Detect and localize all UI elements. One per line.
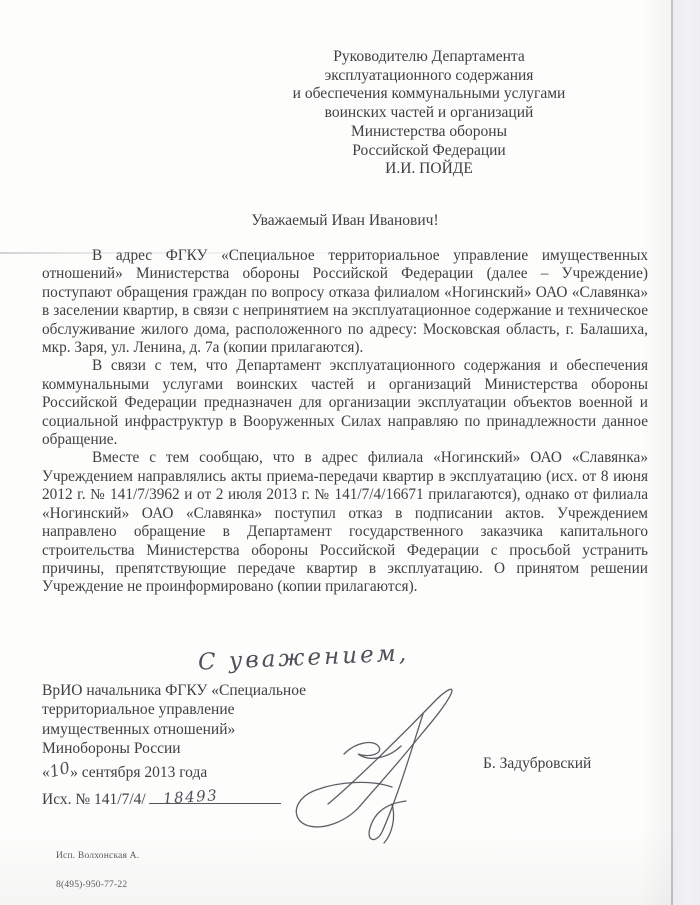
letter-body: В адрес ФГКУ «Специальное территориально…	[42, 247, 648, 597]
executor-line: Исп. Волхонская А.	[56, 851, 139, 861]
recipient-line: эксплуатационного содержания	[243, 67, 615, 86]
recipient-name: И.И. ПОЙДЕ	[243, 160, 615, 179]
body-paragraph: Вместе с тем сообщаю, что в адрес филиал…	[42, 449, 648, 596]
recipient-line: Российской Федерации	[243, 142, 615, 161]
recipient-line: и обеспечения коммунальными услугами	[243, 85, 615, 104]
body-paragraph: В связи с тем, что Департамент эксплуата…	[42, 357, 648, 449]
recipient-line: Руководителю Департамента	[243, 48, 615, 67]
recipient-block: Руководителю Департамента эксплуатационн…	[243, 48, 615, 179]
outgoing-label: Исх. № 141/7/4/	[42, 791, 146, 808]
signer-title-line: имущественных отношений»	[42, 720, 362, 739]
signer-title-line: ВрИО начальника ФГКУ «Специальное	[42, 681, 362, 700]
handwritten-day: 10	[47, 758, 71, 781]
scanner-background-strip	[673, 0, 700, 905]
scanned-letter-page: Руководителю Департамента эксплуатационн…	[0, 0, 700, 905]
date-line: «10» сентября 2013 года	[42, 762, 207, 782]
signer-title-line: территориальное управление	[42, 700, 362, 719]
recipient-line: воинских частей и организаций	[243, 104, 615, 123]
outgoing-blank-line: 18493	[149, 786, 281, 804]
date-text: сентября 2013 года	[78, 764, 207, 781]
signer-title-line: Минобороны России	[42, 739, 362, 758]
body-paragraph: В адрес ФГКУ «Специальное территориально…	[42, 247, 648, 357]
recipient-line: Министерства обороны	[243, 123, 615, 142]
handwritten-closing: С уважением,	[198, 640, 410, 675]
date-close-quote: »	[70, 764, 78, 781]
outgoing-number-line: Исх. № 141/7/4/18493	[42, 786, 281, 809]
handwritten-outgoing-number: 18493	[162, 786, 218, 808]
signer-title-block: ВрИО начальника ФГКУ «Специальное террит…	[42, 681, 362, 758]
paper-edge	[671, 0, 673, 905]
phone-line: 8(495)-950-77-22	[56, 880, 127, 890]
salutation: Уважаемый Иван Иванович!	[42, 212, 648, 230]
paper-bottom-shading	[0, 828, 673, 905]
signer-name: Б. Задубровский	[483, 755, 591, 773]
